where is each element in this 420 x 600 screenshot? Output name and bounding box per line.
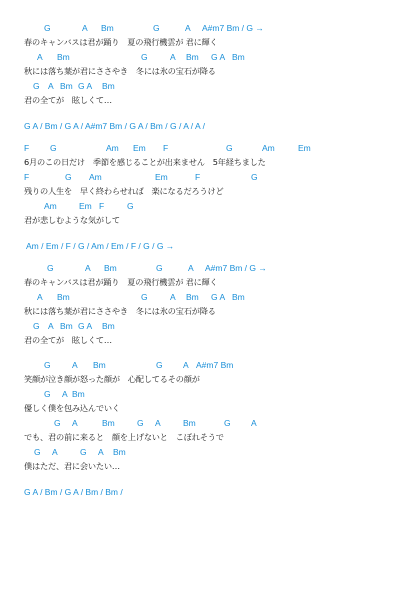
chord: Em (298, 142, 311, 154)
chord: Bm (113, 446, 126, 458)
lyric-line: 僕はただ、君に会いたい… (24, 460, 120, 472)
chord: Am (44, 200, 57, 212)
chord: G A (78, 80, 92, 92)
chord: G (33, 80, 40, 92)
chord: G (127, 200, 134, 212)
chord: G (65, 171, 72, 183)
chord: A (170, 51, 176, 63)
chord: Bm (60, 80, 73, 92)
chord-progression: G A / Bm / G A / Bm / Bm / (24, 486, 123, 498)
lyric-line: 君が悲しむような気がして (24, 214, 120, 226)
lyric-line: 春のキャンバスは君が踊り 夏の飛行機雲が 君に輝く (24, 36, 218, 48)
chord: A#m7 Bm / G → (202, 22, 264, 34)
chord: G (44, 359, 51, 371)
chord: G (137, 417, 144, 429)
chord: A (183, 359, 189, 371)
chord: A (82, 22, 88, 34)
chord: G A (211, 291, 225, 303)
chord: Bm (57, 291, 70, 303)
chord: G (34, 446, 41, 458)
chord: G (224, 417, 231, 429)
lyric-line: 秋には落ち葉が君にささやき 冬には氷の宝石が降る (24, 305, 216, 317)
chord: A (48, 80, 54, 92)
lyric-line: でも、君の前に来ると 顔を上げないと こぼれそうで (24, 431, 224, 443)
chord: Em (155, 171, 168, 183)
chord: A (48, 320, 54, 332)
chord: F (195, 171, 200, 183)
chord: A (72, 359, 78, 371)
lyric-line: 君の全てが 眩しくて… (24, 334, 112, 346)
chord: A (37, 291, 43, 303)
chord: G (50, 142, 57, 154)
lyric-line: 優しく僕を包み込んでいく (24, 402, 120, 414)
lyric-line: 残りの人生を 早く終わらせれば 楽になるだろうけど (24, 185, 223, 197)
chord: G (80, 446, 87, 458)
chord: G (141, 291, 148, 303)
chord: Am (262, 142, 275, 154)
chord: Bm (60, 320, 73, 332)
chord: G (44, 22, 51, 34)
chord: G A (211, 51, 225, 63)
lyric-line: 君の全てが 眩しくて… (24, 94, 112, 106)
chord-progression: Am / Em / F / G / Am / Em / F / G / G → (26, 240, 174, 252)
chord: G (33, 320, 40, 332)
chord: Am (106, 142, 119, 154)
chord: A (98, 446, 104, 458)
chord: F (24, 142, 29, 154)
chord: Bm (57, 51, 70, 63)
chord: F (163, 142, 168, 154)
chord: A (188, 262, 194, 274)
chord: A (37, 51, 43, 63)
chord: F (99, 200, 104, 212)
chord: Bm (186, 51, 199, 63)
chord: Bm (104, 262, 117, 274)
chord: G (153, 22, 160, 34)
lyric-line: 秋には落ち葉が君にささやき 冬には氷の宝石が降る (24, 65, 216, 77)
chord: G (54, 417, 61, 429)
chord: Bm (232, 291, 245, 303)
chord: A (85, 262, 91, 274)
chord: F (24, 171, 29, 183)
chord: G (156, 262, 163, 274)
chord: A (62, 388, 68, 400)
chord: Bm (186, 291, 199, 303)
chord: G (47, 262, 54, 274)
chord: A (251, 417, 257, 429)
chord: A (72, 417, 78, 429)
chord: A#m7 Bm / G → (205, 262, 267, 274)
chord: Bm (102, 80, 115, 92)
chord: A#m7 Bm (196, 359, 233, 371)
chord-progression: G A / Bm / G A / A#m7 Bm / G A / Bm / G … (24, 120, 205, 132)
chord: Bm (102, 417, 115, 429)
chord: Em (133, 142, 146, 154)
chord: G (251, 171, 258, 183)
chord: G A (78, 320, 92, 332)
chord: G (156, 359, 163, 371)
chord: Bm (102, 320, 115, 332)
lyric-line: 6月のこの日だけ 季節を感じることが出来ません 5年経ちました (24, 156, 266, 168)
chord: A (170, 291, 176, 303)
chord: A (52, 446, 58, 458)
chord: G (141, 51, 148, 63)
chord: Bm (72, 388, 85, 400)
chord: Em (79, 200, 92, 212)
chord: G (44, 388, 51, 400)
chord: Bm (183, 417, 196, 429)
chord: Bm (93, 359, 106, 371)
chord: A (185, 22, 191, 34)
lyric-line: 春のキャンバスは君が踊り 夏の飛行機雲が 君に輝く (24, 276, 218, 288)
chord: A (155, 417, 161, 429)
chord: G (226, 142, 233, 154)
chord: Bm (232, 51, 245, 63)
lyric-line: 笑顔が泣き顔が怒った顔が 心配してるその顔が (24, 373, 200, 385)
chord: Bm (101, 22, 114, 34)
chord: Am (89, 171, 102, 183)
